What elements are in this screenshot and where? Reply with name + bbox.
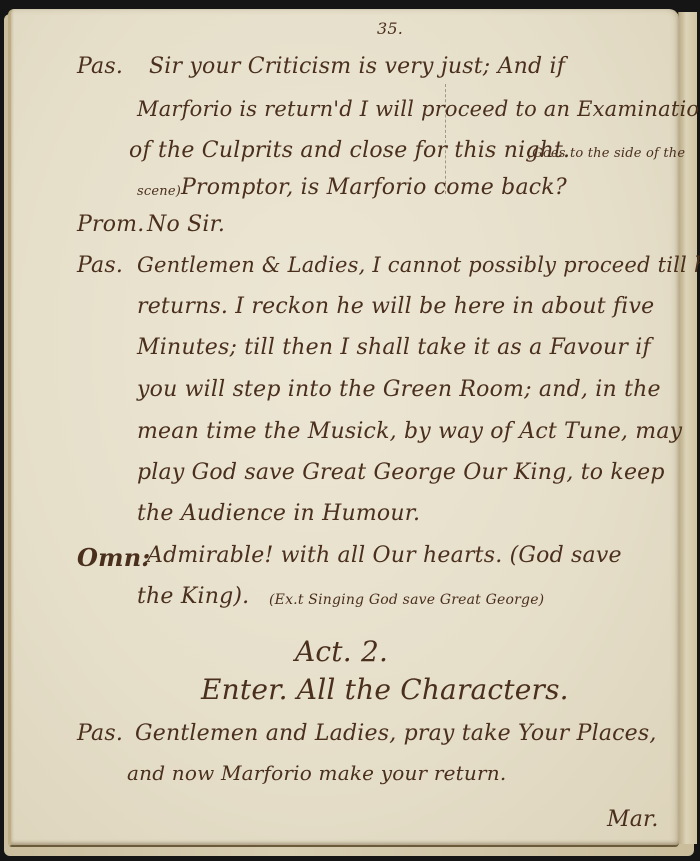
dialogue-line: and now Marforio make your return. [127,761,506,785]
dialogue-line: Sir your Criticism is very just; And if [149,54,565,79]
dialogue-line: Gentlemen and Ladies, pray take Your Pla… [135,721,657,746]
dialogue-line: the King). [137,584,249,609]
dialogue-line: Marforio is return'd I will proceed to a… [137,97,700,121]
dialogue-line: you will step into the Green Room; and, … [137,377,661,402]
act-heading: Act. 2. [295,635,388,668]
dialogue-line: returns. I reckon he will be here in abo… [137,294,654,319]
catchword: Mar. [607,807,659,832]
stage-direction-aside: (Ex.t Singing God save Great George) [269,592,544,608]
speaker-label: Omn: [77,543,150,572]
dialogue-line: of the Culprits and close for this night… [129,138,570,163]
speaker-label: Pas. [77,253,123,278]
stage-direction-aside: scene) [137,184,181,199]
manuscript-page: 35. Pas. Sir your Criticism is very just… [8,9,679,847]
dialogue-line: Gentlemen & Ladies, I cannot possibly pr… [137,253,700,277]
dialogue-line: Minutes; till then I shall take it as a … [137,335,651,360]
speaker-label: Prom. [77,212,144,237]
speaker-label: Pas. [77,721,123,746]
speaker-label: Pas. [77,54,123,79]
dialogue-line: the Audience in Humour. [137,501,420,526]
dialogue-line: play God save Great George Our King, to … [137,460,665,485]
stage-direction-enter: Enter. All the Characters. [201,673,569,706]
dialogue-line: mean time the Musick, by way of Act Tune… [137,419,682,444]
dialogue-line: No Sir. [147,212,225,237]
dialogue-line: Admirable! with all Our hearts. (God sav… [147,543,622,568]
stage-direction-aside: (Goes to the side of the [527,146,685,161]
dialogue-line: Promptor, is Marforio come back? [181,175,567,200]
page-number: 35. [377,19,403,38]
